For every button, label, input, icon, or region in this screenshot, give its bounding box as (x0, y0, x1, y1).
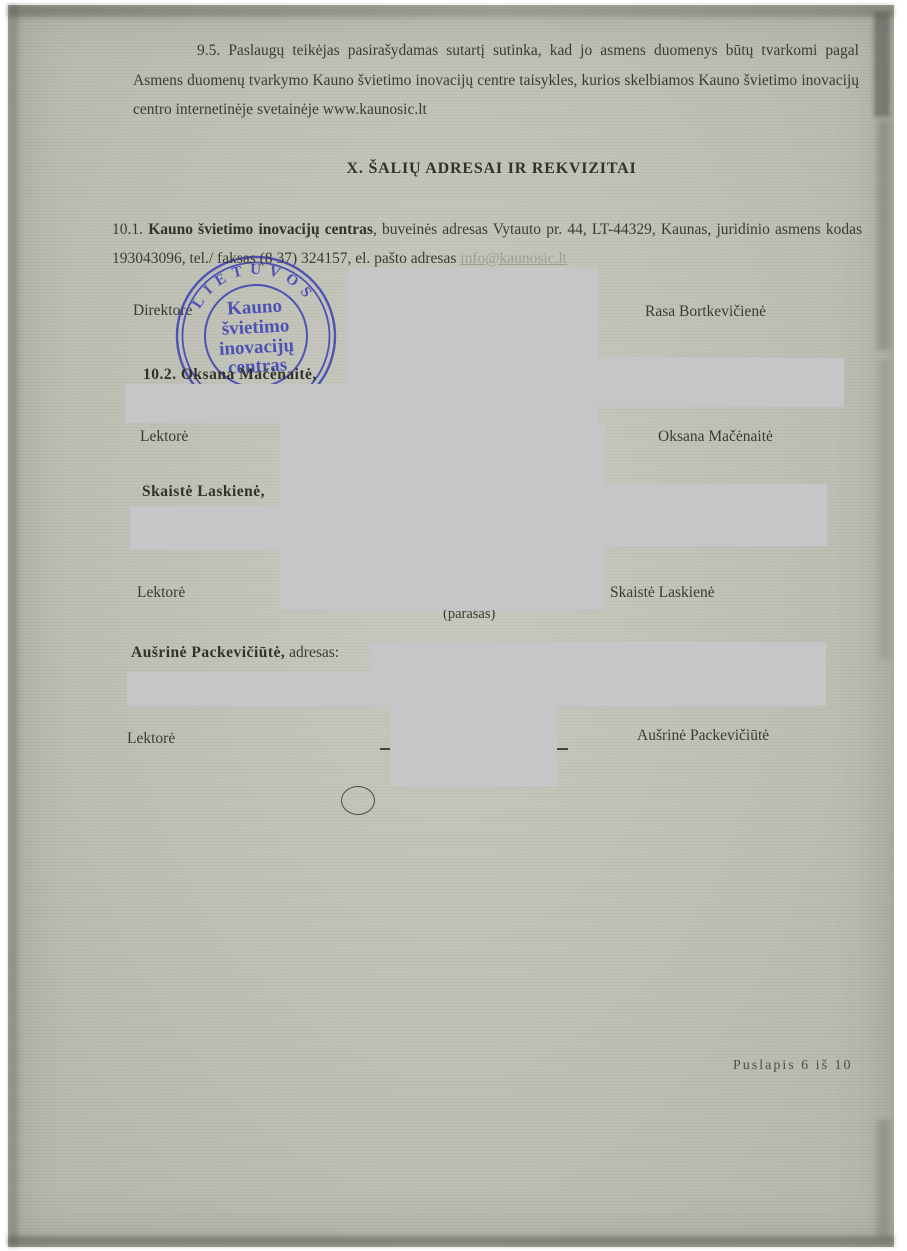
name-skaiste-laskiene: Skaistė Laskienė (610, 584, 715, 602)
clause-10-1-number: 10.1. (112, 221, 148, 238)
redaction-block-skaiste-right (594, 484, 827, 546)
redaction-block-skaiste-left (130, 506, 282, 550)
signature-circle-mark (341, 786, 375, 815)
ausrine-heading-name: Aušrinė Packevičiūtė, (131, 644, 285, 661)
skaiste-heading: Skaistė Laskienė, (142, 483, 265, 501)
clause-10-1-email: info@kaunosic.lt (460, 250, 567, 267)
role-label-lektore-2: Lektorė (137, 584, 185, 602)
redaction-block-ausrine-row1 (370, 642, 826, 676)
redaction-block-oksana-address (125, 384, 598, 423)
clause-10-1-org-name: Kauno švietimo inovacijų centras (148, 221, 373, 238)
redaction-block-right-of-stamp (348, 268, 598, 388)
redaction-block-ausrine-column (390, 706, 557, 786)
ausrine-heading: Aušrinė Packevičiūtė, adresas: (131, 644, 339, 662)
name-rasa-bortkeviciene: Rasa Bortkevičienė (645, 303, 766, 321)
role-label-lektore-3: Lektorė (127, 730, 175, 748)
clause-10-1-paragraph: 10.1. Kauno švietimo inovacijų centras, … (112, 216, 862, 273)
clause-9-5-paragraph: 9.5. Paslaugų teikėjas pasirašydamas sut… (133, 36, 859, 125)
ausrine-heading-rest: adresas: (285, 644, 339, 661)
document-text-layer: 9.5. Paslaugų teikėjas pasirašydamas sut… (0, 0, 907, 1251)
page-number-label: Puslapis 6 iš 10 (733, 1058, 853, 1074)
section-heading: X. ŠALIŲ ADRESAI IR REKVIZITAI (113, 160, 870, 178)
name-ausrine-packeviciute: Aušrinė Packevičiūtė (637, 727, 769, 745)
name-oksana-macenaite: Oksana Mačėnaitė (658, 428, 773, 446)
scanned-contract-page: Direktorė LIETUVOS Kauno švietimo inovac… (0, 0, 907, 1251)
redaction-block-middle-column (280, 422, 605, 610)
redaction-block-oksana-right (597, 358, 844, 407)
redaction-block-ausrine-row2 (127, 672, 826, 706)
clause-10-2-heading: 10.2. Oksana Mačėnaitė, (143, 366, 317, 384)
role-label-lektore-1: Lektorė (140, 428, 188, 446)
